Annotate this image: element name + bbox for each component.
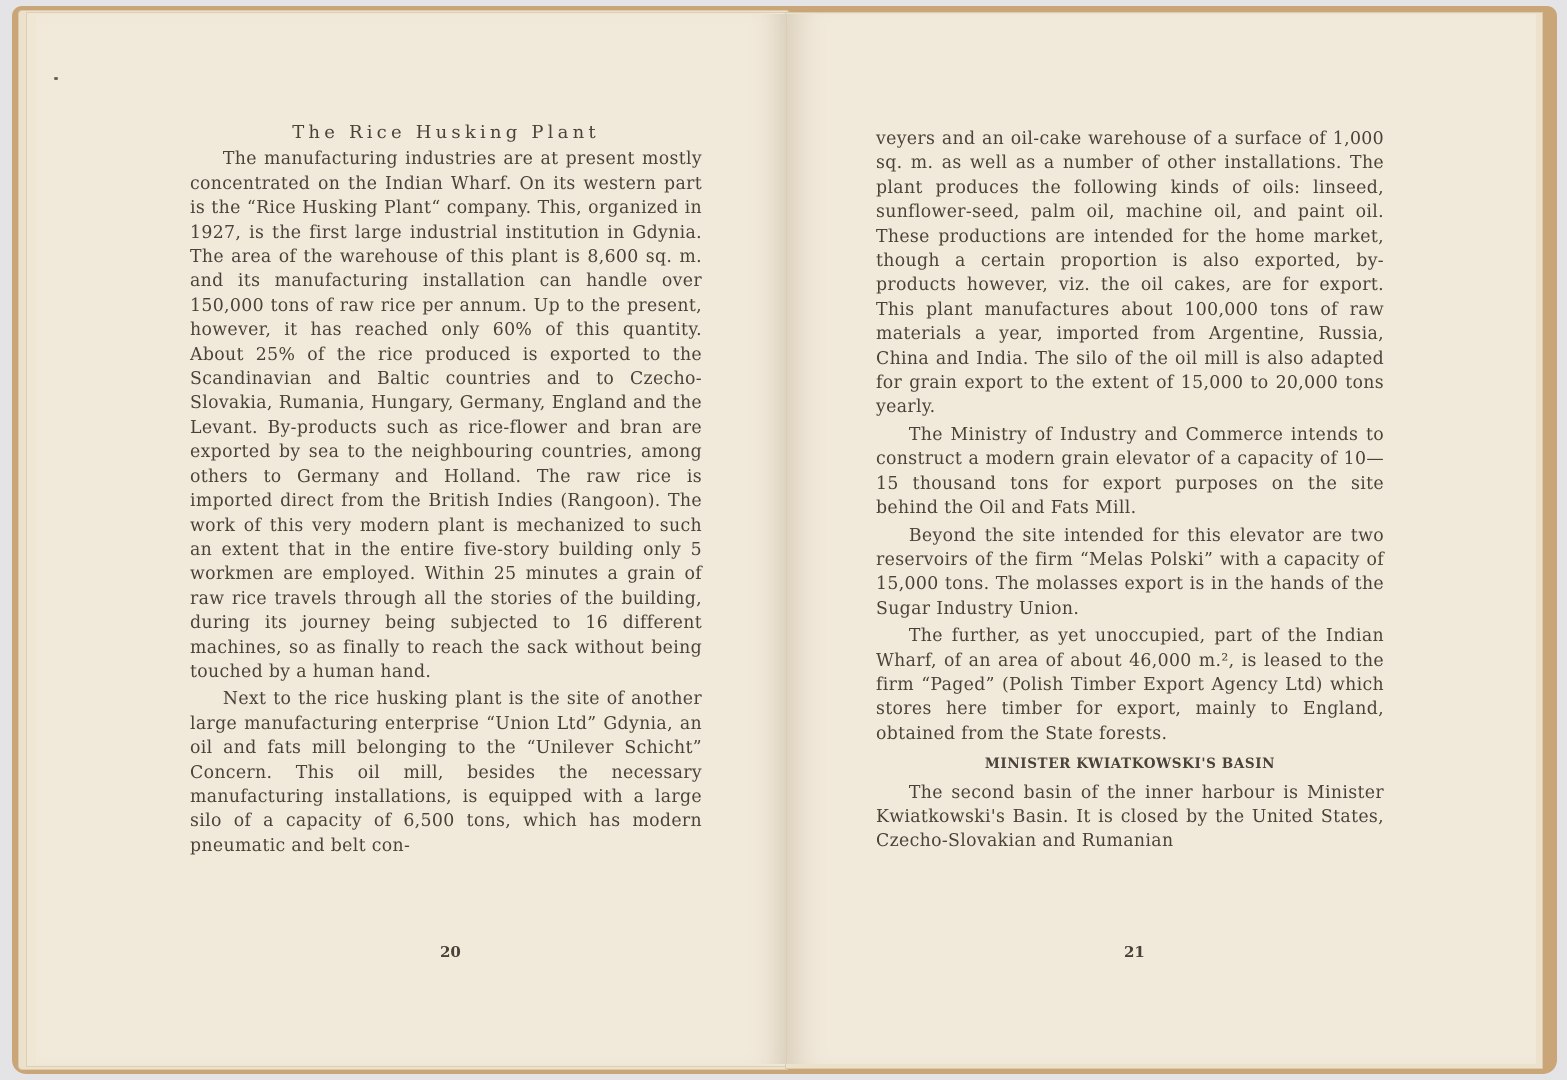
section-heading: MINISTER KWIATKOWSKI'S BASIN [876,752,1384,776]
paper-speck [54,77,58,80]
paragraph: The Ministry of Industry and Commerce in… [876,423,1384,521]
paragraph: The second basin of the inner harbour is… [876,781,1384,854]
left-page: The Rice Husking Plant The manufacturing… [36,14,788,1064]
right-page-text: veyers and an oil-cake warehouse of a su… [876,127,1384,854]
right-page: veyers and an oil-cake warehouse of a su… [788,14,1536,1064]
page-number: 20 [440,943,461,961]
paragraph: The further, as yet unoccupied, part of … [876,624,1384,746]
page-number: 21 [1124,943,1145,961]
section-title: The Rice Husking Plant [190,121,702,145]
paragraph: The manufacturing industries are at pres… [190,147,702,684]
paragraph: Beyond the site intended for this elevat… [876,524,1384,622]
left-page-text: The Rice Husking Plant The manufacturing… [190,121,702,858]
paragraph: veyers and an oil-cake warehouse of a su… [876,127,1384,420]
paragraph: Next to the rice husking plant is the si… [190,687,702,858]
